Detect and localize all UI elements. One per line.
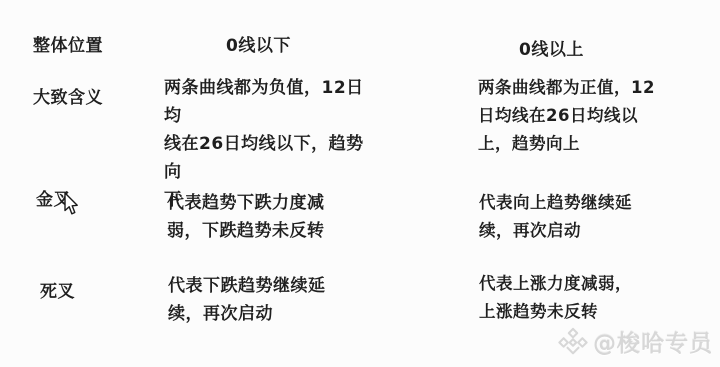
diamond-logo-icon	[558, 327, 588, 357]
cell-death-cross-below-zero: 代表下跌趋势继续延 续，再次启动	[168, 272, 383, 328]
mouse-cursor-icon	[63, 192, 80, 218]
column-header-below-zero-line: 0线以下	[226, 32, 291, 60]
macd-position-table: 整体位置 0线以下 0线以上 大致含义 两条曲线都为负值，12日均 线在26日均…	[0, 0, 720, 367]
cell-meaning-above-zero: 两条曲线都为正值，12 日均线在26日均线以 上，趋势向上	[478, 74, 663, 158]
column-header-above-zero-line: 0线以上	[519, 36, 584, 64]
cell-death-cross-above-zero: 代表上涨力度减弱， 上涨趋势未反转	[479, 270, 674, 326]
watermark-handle: @梭哈专员	[593, 325, 713, 358]
watermark: @梭哈专员	[558, 325, 713, 358]
corner-header-overall-position: 整体位置	[33, 32, 103, 60]
cell-golden-cross-above-zero: 代表向上趋势继续延 续，再次启动	[479, 189, 674, 245]
row-label-general-meaning: 大致含义	[33, 84, 103, 112]
cell-golden-cross-below-zero: 代表趋势下跌力度减 弱，下跌趋势未反转	[167, 189, 382, 245]
row-label-death-cross: 死叉	[40, 278, 75, 306]
